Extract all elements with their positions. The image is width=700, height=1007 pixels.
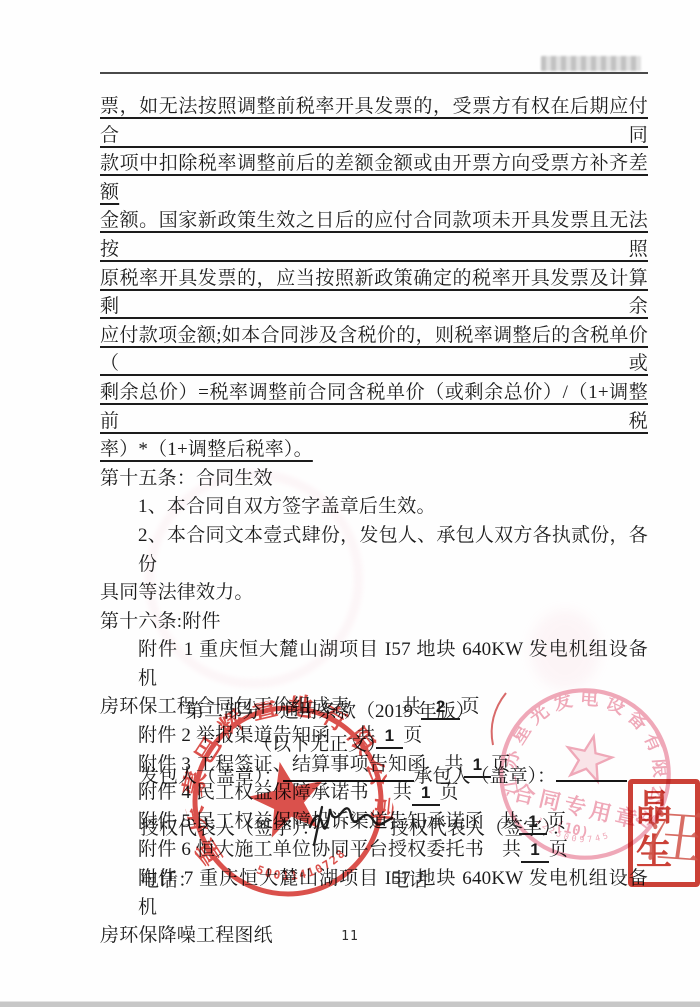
employer-company-seal: 重庆蒙巴辉置地有限公司 5001141072891 [167, 680, 409, 922]
article-15-title: 第十五条：合同生效 [100, 465, 648, 494]
header-rule [100, 72, 648, 74]
article-15-item-2-cont: 具同等法律效力。 [100, 579, 648, 608]
redacted-header-stamp [541, 56, 641, 71]
body-line: 金额。国家新政策生效之日后的应付合同款项未开具发票且无法按照 [100, 207, 648, 264]
scanned-contract-page: 票，如无法按照调整前税率开具发票的，受票方有权在后期应付合同 款项中扣除税率调整… [0, 0, 700, 1007]
article-15-item-1: 1、本合同自双方签字盖章后生效。 [100, 493, 648, 522]
body-line: 剩余总价）=税率调整前合同含税单价（或剩余总价）/（1+调整前税 [100, 379, 648, 436]
body-line: 票，如无法按照调整前税率开具发票的，受票方有权在后期应付合同 [100, 93, 648, 150]
page-number: 11 [0, 929, 700, 944]
personal-name-seal: 晶 生 汪 [628, 779, 700, 887]
body-line: 应付款项金额;如本合同涉及含税价的，则税率调整后的含税单价（或 [100, 322, 648, 379]
seal-script-char: 汪 [639, 788, 700, 875]
star-icon [562, 731, 616, 783]
pages-suffix: 页 [403, 725, 422, 746]
scanner-edge [0, 1001, 700, 1007]
article-16-title: 第十六条:附件 [100, 608, 648, 637]
article-15-item-2: 2、本合同文本壹式肆份，发包人、承包人双方各执贰份，各份 [100, 522, 648, 579]
body-line: 款项中扣除税率调整前后的差额金额或由开票方向受票方补齐差额 [100, 150, 648, 207]
body-line: 率）*（1+调整后税率）。 [100, 439, 313, 460]
body-line: 原税率开具发票的，应当按照新政策确定的税率开具发票及计算剩余 [100, 265, 648, 322]
star-icon [243, 754, 332, 841]
